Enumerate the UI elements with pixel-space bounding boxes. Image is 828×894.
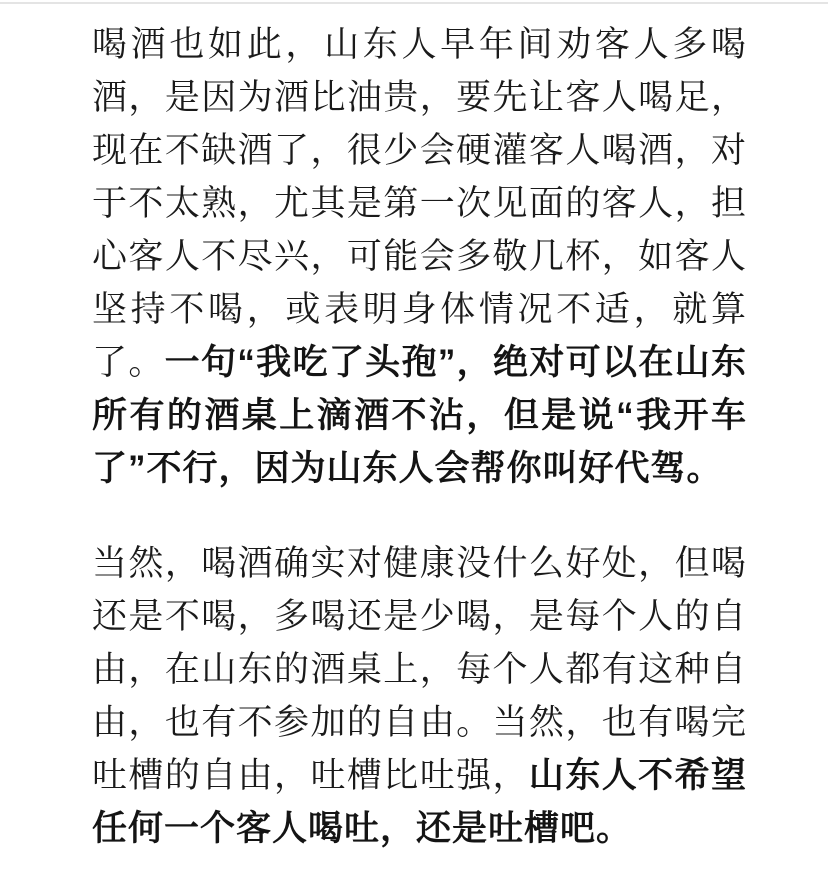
article-paragraph-2: 当然，喝酒确实对健康没什么好处，但喝还是不喝，多喝还是少喝，是每个人的自由，在山… [92,537,747,855]
paragraph-1-bold-text: 一句“我吃了头孢”，绝对可以在山东所有的酒桌上滴酒不沾，但是说“我开车了”不行，… [92,343,747,488]
article-body: 喝酒也如此，山东人早年间劝客人多喝酒，是因为酒比油贵，要先让客人喝足，现在不缺酒… [0,4,747,855]
article-paragraph-1: 喝酒也如此，山东人早年间劝客人多喝酒，是因为酒比油贵，要先让客人喝足，现在不缺酒… [92,18,747,495]
paragraph-1-normal-text: 喝酒也如此，山东人早年间劝客人多喝酒，是因为酒比油贵，要先让客人喝足，现在不缺酒… [92,25,747,382]
